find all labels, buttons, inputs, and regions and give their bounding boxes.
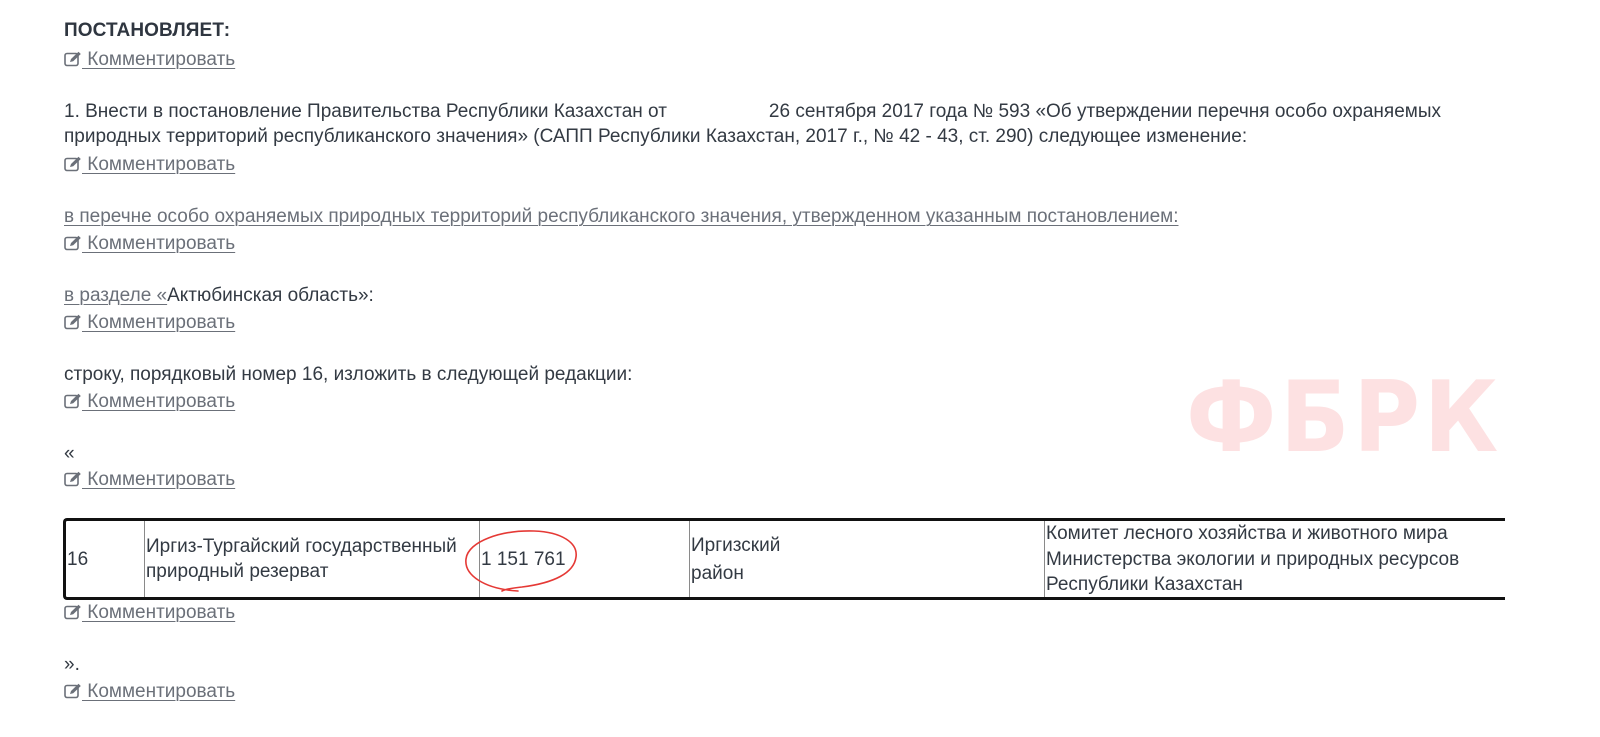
paragraph-4: строку, порядковый номер 16, изложить в … — [64, 362, 632, 387]
comment-label: Комментировать — [82, 233, 235, 254]
paragraph-1-line1-part1: 1. Внести в постановление Правительства … — [64, 101, 667, 122]
edit-icon — [64, 235, 82, 251]
comment-link[interactable]: Комментировать — [64, 232, 235, 256]
comment-link[interactable]: Комментировать — [64, 153, 235, 177]
edit-icon — [64, 604, 82, 620]
edit-icon — [64, 683, 82, 699]
edit-icon — [64, 156, 82, 172]
table-cell-area: 1 151 761 — [480, 521, 690, 597]
table-cell-number: 16 — [66, 521, 145, 597]
territory-table: 16 Иргиз-Тургайский государственный прир… — [63, 518, 1505, 600]
comment-link[interactable]: Комментировать — [64, 48, 235, 72]
paragraph-1-line1-part2: 26 сентября 2017 года № 593 «Об утвержде… — [769, 101, 1441, 122]
amendment-reference-link[interactable]: в перечне особо охраняемых природных тер… — [64, 206, 1179, 227]
comment-label: Комментировать — [82, 469, 235, 490]
open-quote: « — [64, 441, 75, 466]
comment-label: Комментировать — [82, 681, 235, 702]
paragraph-3: в разделе «Актюбинская область»: — [64, 283, 374, 308]
comment-link[interactable]: Комментировать — [64, 390, 235, 414]
close-quote: ». — [64, 652, 80, 677]
edit-icon — [64, 51, 82, 67]
paragraph-2: в перечне особо охраняемых природных тер… — [64, 204, 1179, 229]
paragraph-1: 1. Внести в постановление Правительства … — [64, 99, 1441, 149]
watermark: ФБРК — [1186, 368, 1502, 468]
comment-link[interactable]: Комментировать — [64, 468, 235, 492]
table-cell-district: Иргизский район — [690, 521, 1045, 597]
paragraph-4-text: строку, порядковый номер 16, изложить в … — [64, 364, 632, 385]
comment-label: Комментировать — [82, 391, 235, 412]
table-cell-authority: Комитет лесного хозяйства и животного ми… — [1045, 521, 1505, 597]
paragraph-1-line2: природных территорий республиканского зн… — [64, 126, 1247, 147]
edit-icon — [64, 314, 82, 330]
comment-link[interactable]: Комментировать — [64, 311, 235, 335]
comment-label: Комментировать — [82, 49, 235, 70]
section-reference-link[interactable]: в разделе « — [64, 285, 167, 306]
comment-label: Комментировать — [82, 602, 235, 623]
comment-link[interactable]: Комментировать — [64, 601, 235, 625]
comment-label: Комментировать — [82, 312, 235, 333]
comment-label: Комментировать — [82, 154, 235, 175]
section-heading: ПОСТАНОВЛЯЕТ: — [64, 20, 230, 42]
comment-link[interactable]: Комментировать — [64, 680, 235, 704]
table-cell-name: Иргиз-Тургайский государственный природн… — [145, 521, 480, 597]
edit-icon — [64, 471, 82, 487]
section-name: Актюбинская область»: — [167, 285, 374, 306]
edit-icon — [64, 393, 82, 409]
